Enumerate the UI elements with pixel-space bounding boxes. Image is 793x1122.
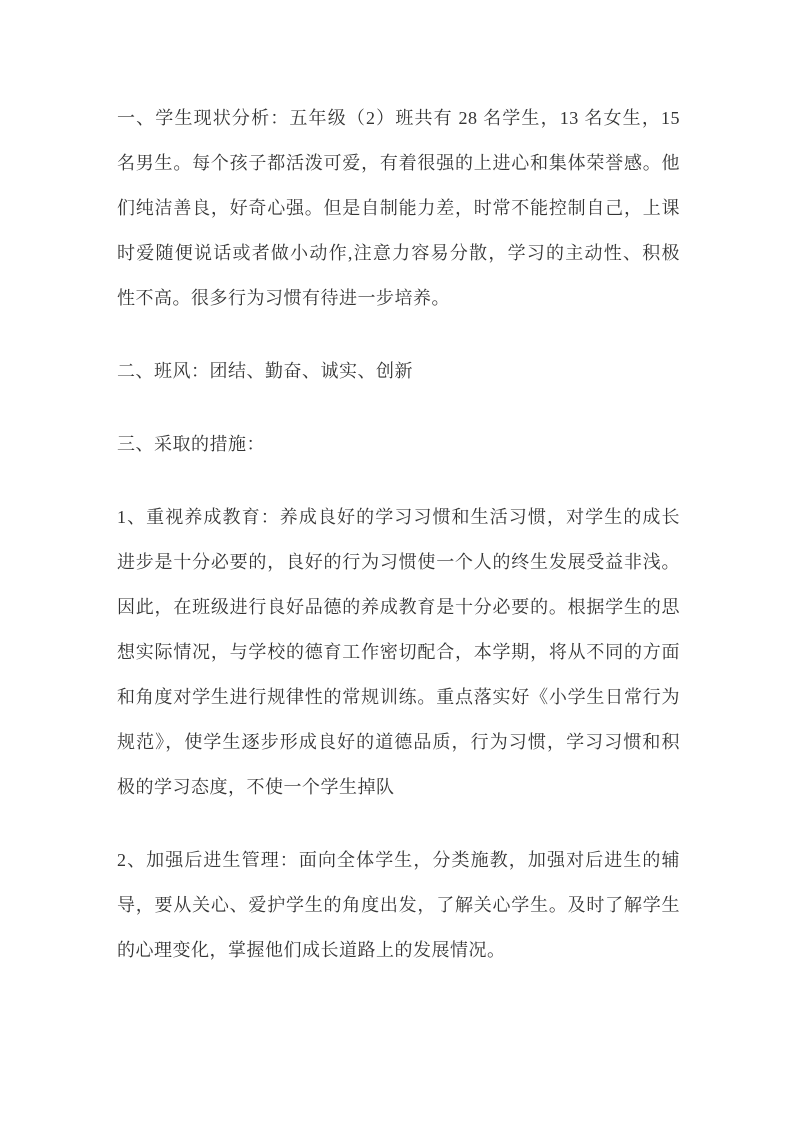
text-line: 们纯洁善良，好奇心强。但是自制能力差，时常不能控制自己，上课 [117, 186, 680, 231]
text-line: 2、加强后进生管理：面向全体学生，分类施教，加强对后进生的辅 [117, 838, 680, 883]
text-line: 1、重视养成教育：养成良好的学习习惯和生活习惯，对学生的成长 [117, 495, 680, 540]
document-body: 一、学生现状分析：五年级（2）班共有 28 名学生，13 名女生，15名男生。每… [117, 96, 680, 973]
paragraph-section-1-student-analysis: 一、学生现状分析：五年级（2）班共有 28 名学生，13 名女生，15名男生。每… [117, 96, 680, 321]
text-line: 性不高。很多行为习惯有待进一步培养。 [117, 276, 680, 321]
paragraph-measure-2-underachiever-management: 2、加强后进生管理：面向全体学生，分类施教，加强对后进生的辅导，要从关心、爱护学… [117, 838, 680, 973]
text-line: 的心理变化，掌握他们成长道路上的发展情况。 [117, 928, 680, 973]
text-line: 名男生。每个孩子都活泼可爱，有着很强的上进心和集体荣誉感。他 [117, 141, 680, 186]
paragraph-measure-1-habit-education: 1、重视养成教育：养成良好的学习习惯和生活习惯，对学生的成长进步是十分必要的，良… [117, 495, 680, 810]
text-line: 极的学习态度，不使一个学生掉队 [117, 765, 680, 810]
text-line: 一、学生现状分析：五年级（2）班共有 28 名学生，13 名女生，15 [117, 96, 680, 141]
document-page: 一、学生现状分析：五年级（2）班共有 28 名学生，13 名女生，15名男生。每… [0, 0, 793, 1122]
text-line: 导，要从关心、爱护学生的角度出发，了解关心学生。及时了解学生 [117, 883, 680, 928]
text-line: 因此，在班级进行良好品德的养成教育是十分必要的。根据学生的思 [117, 585, 680, 630]
text-line: 规范》，使学生逐步形成良好的道德品质，行为习惯，学习习惯和积 [117, 720, 680, 765]
text-line: 三、采取的措施： [117, 422, 680, 467]
text-line: 进步是十分必要的，良好的行为习惯使一个人的终生发展受益非浅。 [117, 540, 680, 585]
text-line: 想实际情况，与学校的德育工作密切配合，本学期，将从不同的方面 [117, 630, 680, 675]
paragraph-section-2-class-spirit: 二、班风：团结、勤奋、诚实、创新 [117, 349, 680, 394]
paragraph-section-3-measures-heading: 三、采取的措施： [117, 422, 680, 467]
text-line: 二、班风：团结、勤奋、诚实、创新 [117, 349, 680, 394]
text-line: 和角度对学生进行规律性的常规训练。重点落实好《小学生日常行为 [117, 675, 680, 720]
text-line: 时爱随便说话或者做小动作,注意力容易分散，学习的主动性、积极 [117, 231, 680, 276]
